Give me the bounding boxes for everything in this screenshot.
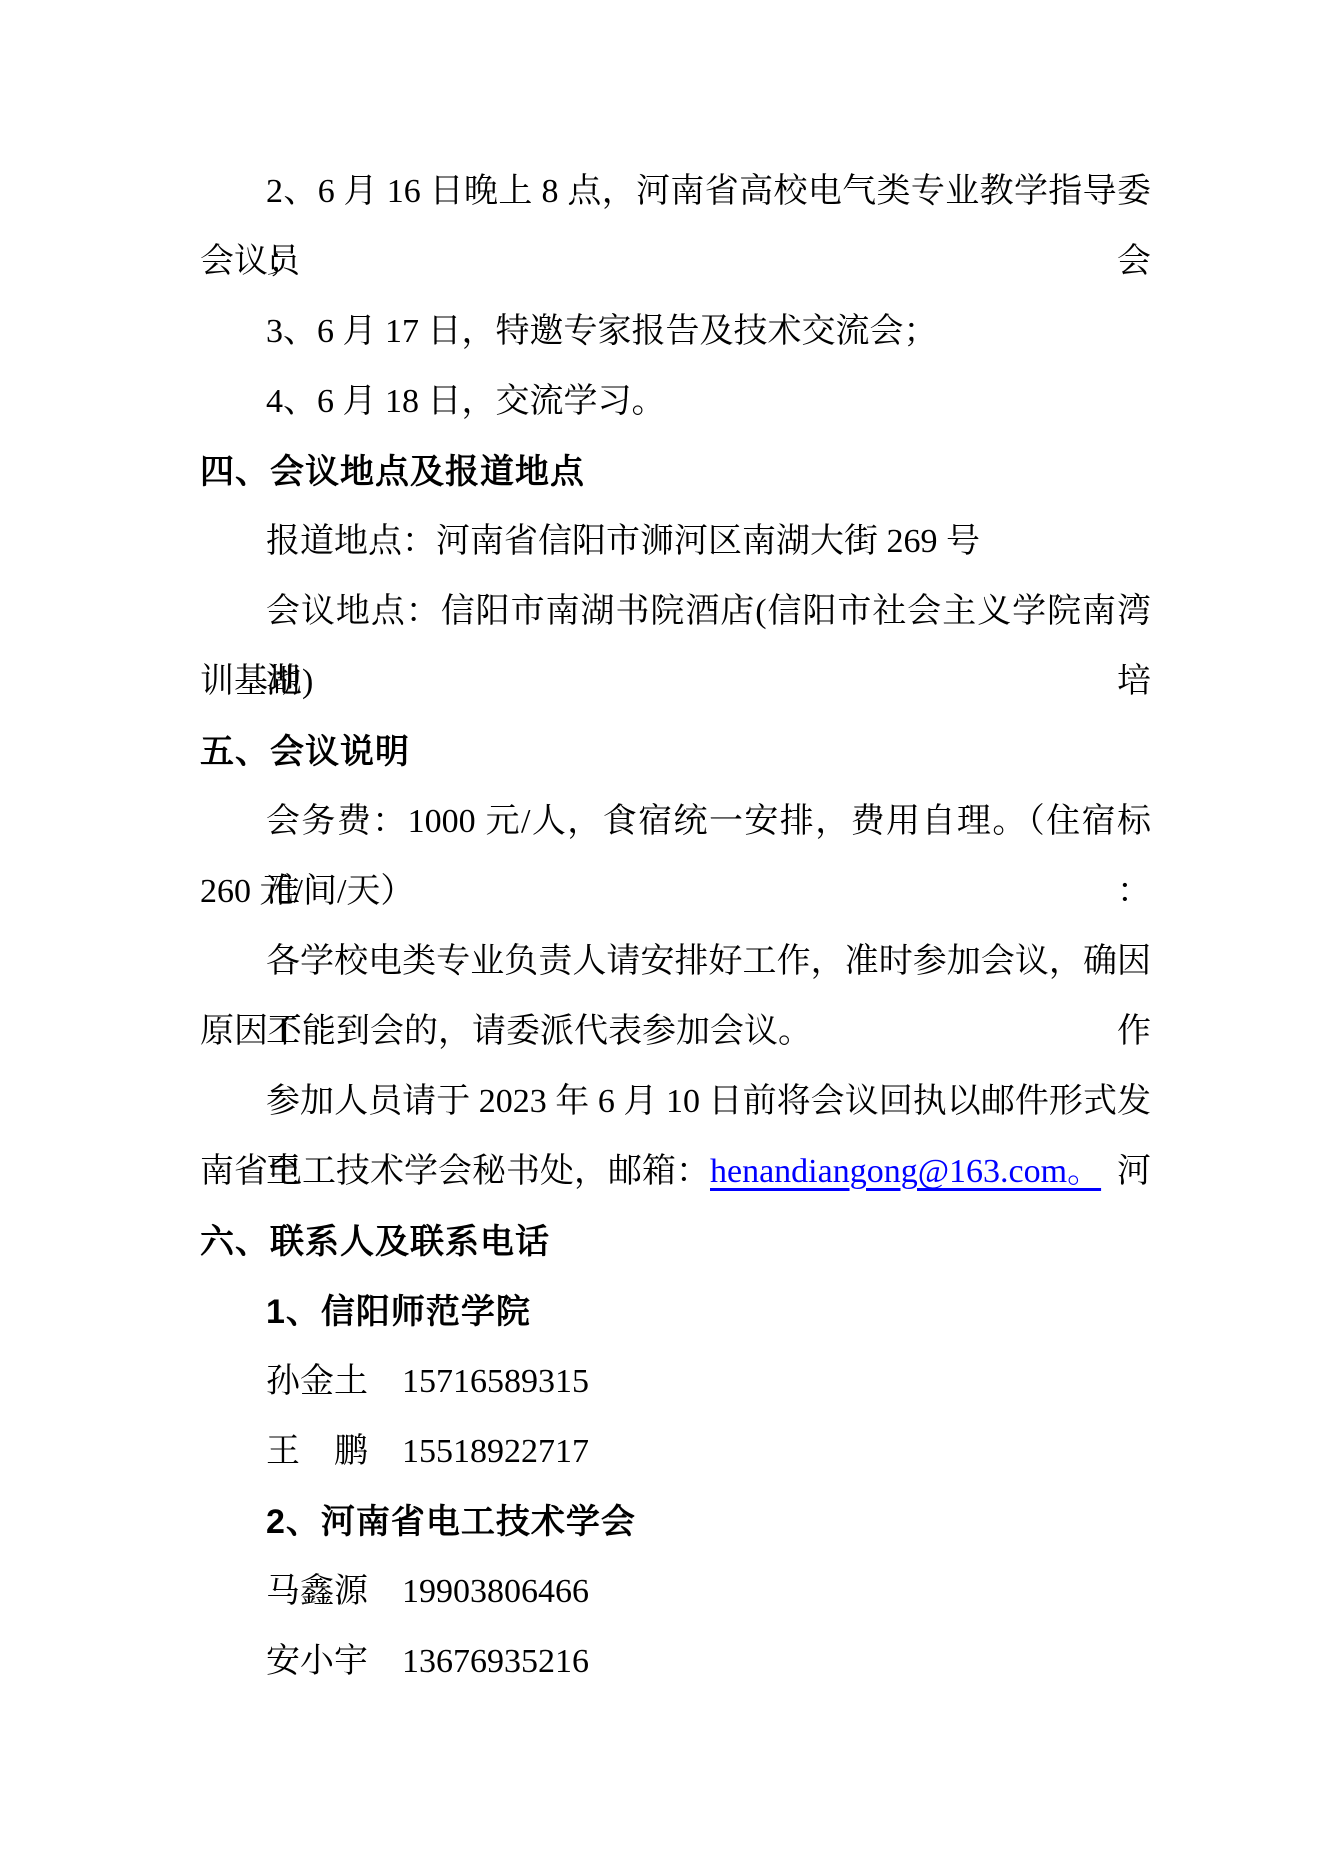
text-line: 4、6 月 18 日，交流学习。 — [200, 367, 1151, 437]
document-page: 2、6 月 16 日晚上 8 点，河南省高校电气类专业教学指导委员会会议；3、6… — [0, 0, 1323, 1871]
text-line: 安小宇 13676935216 — [200, 1627, 1151, 1697]
line-text: 王 鹏 15518922717 — [266, 1433, 589, 1470]
document-body: 2、6 月 16 日晚上 8 点，河南省高校电气类专业教学指导委员会会议；3、6… — [200, 157, 1151, 1697]
line-text: 安小宇 13676935216 — [266, 1643, 589, 1680]
line-text: 原因不能到会的，请委派代表参加会议。 — [200, 1013, 812, 1050]
line-text: 260 元/间/天） — [200, 873, 414, 910]
text-line: 参加人员请于 2023 年 6 月 10 日前将会议回执以邮件形式发至河 — [200, 1067, 1151, 1137]
text-line: 南省电工技术学会秘书处，邮箱：henandiangong@163.com。 — [200, 1137, 1151, 1207]
line-text: 4、6 月 18 日，交流学习。 — [266, 383, 666, 420]
line-text: 会议； — [200, 243, 302, 280]
email-link[interactable]: henandiangong@163.com。 — [710, 1153, 1101, 1190]
section-heading: 六、联系人及联系电话 — [200, 1207, 1151, 1277]
line-text: 会议地点：信阳市南湖书院酒店(信阳市社会主义学院南湾湖培 — [266, 593, 1151, 700]
section-heading: 1、信阳师范学院 — [200, 1277, 1151, 1347]
text-line: 各学校电类专业负责人请安排好工作，准时参加会议，确因工作 — [200, 927, 1151, 997]
text-line: 会议地点：信阳市南湖书院酒店(信阳市社会主义学院南湾湖培 — [200, 577, 1151, 647]
line-text: 南省电工技术学会秘书处，邮箱： — [200, 1153, 710, 1190]
text-line: 3、6 月 17 日，特邀专家报告及技术交流会； — [200, 297, 1151, 367]
line-text: 报道地点：河南省信阳市浉河区南湖大街 269 号 — [266, 523, 980, 560]
line-text: 五、会议说明 — [200, 733, 410, 771]
text-line: 2、6 月 16 日晚上 8 点，河南省高校电气类专业教学指导委员会 — [200, 157, 1151, 227]
line-text: 3、6 月 17 日，特邀专家报告及技术交流会； — [266, 313, 938, 350]
text-line: 王 鹏 15518922717 — [200, 1417, 1151, 1487]
line-text: 六、联系人及联系电话 — [200, 1223, 550, 1261]
line-text: 2、6 月 16 日晚上 8 点，河南省高校电气类专业教学指导委员会 — [266, 173, 1151, 280]
section-heading: 五、会议说明 — [200, 717, 1151, 787]
text-line: 会务费：1000 元/人，食宿统一安排，费用自理。（住宿标准： — [200, 787, 1151, 857]
line-text: 四、会议地点及报道地点 — [200, 453, 585, 491]
line-text: 1、信阳师范学院 — [266, 1293, 531, 1331]
line-text: 马鑫源 19903806466 — [266, 1573, 589, 1610]
line-text: 2、河南省电工技术学会 — [266, 1503, 636, 1541]
text-line: 马鑫源 19903806466 — [200, 1557, 1151, 1627]
line-text: 孙金土 15716589315 — [266, 1363, 589, 1400]
text-line: 孙金土 15716589315 — [200, 1347, 1151, 1417]
line-text: 训基地) — [200, 663, 313, 700]
section-heading: 四、会议地点及报道地点 — [200, 437, 1151, 507]
section-heading: 2、河南省电工技术学会 — [200, 1487, 1151, 1557]
text-line: 报道地点：河南省信阳市浉河区南湖大街 269 号 — [200, 507, 1151, 577]
